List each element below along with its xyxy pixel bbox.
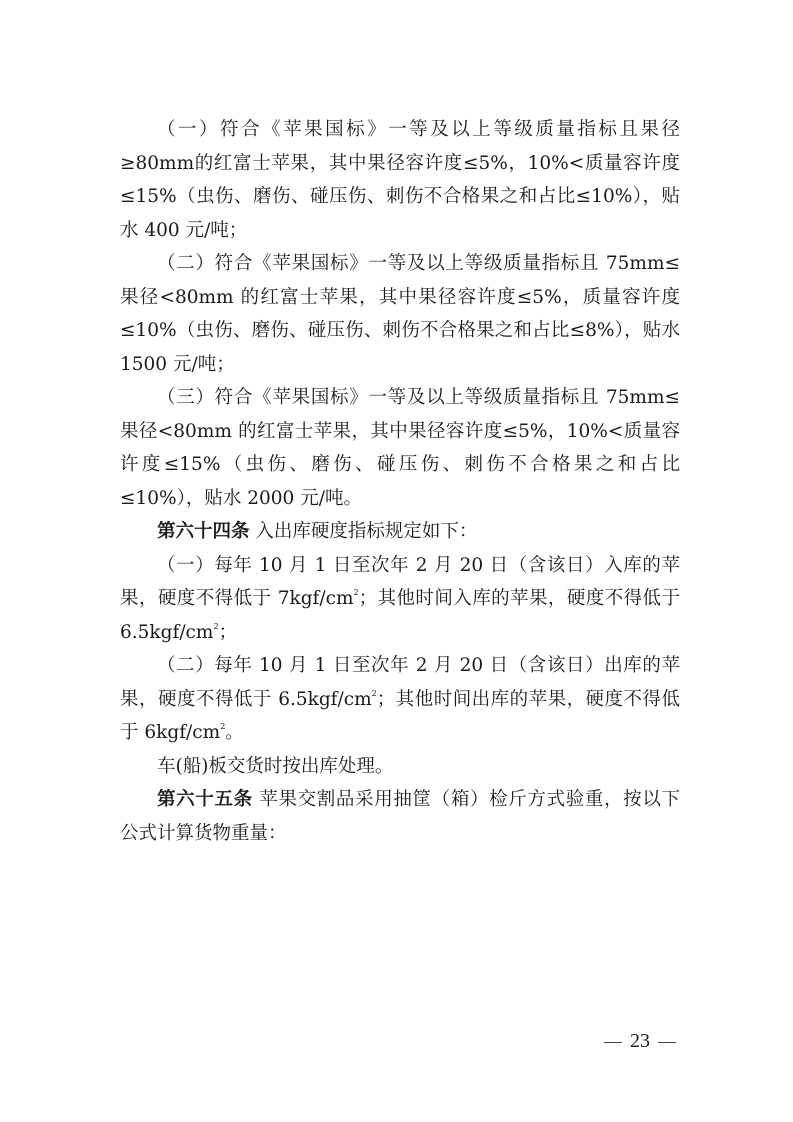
dash-decoration (604, 1042, 622, 1043)
paragraph-item-2: （二）符合《苹果国标》一等及以上等级质量指标且 75mm≤果径<80mm 的红富… (120, 247, 680, 381)
paragraph-text: （一）符合《苹果国标》一等及以上等级质量指标且果径≥80mm的红富士苹果，其中果… (120, 119, 680, 241)
paragraph-item-3: （三）符合《苹果国标》一等及以上等级质量指标且 75mm≤果径<80mm 的红富… (120, 381, 680, 515)
superscript: 2 (372, 689, 377, 698)
page-number: 23 (590, 1030, 690, 1053)
document-body: （一）符合《苹果国标》一等及以上等级质量指标且果径≥80mm的红富士苹果，其中果… (120, 113, 680, 850)
paragraph-item-outbound-hardness: （二）每年 10 月 1 日至次年 2 月 20 日（含该日）出库的苹果，硬度不… (120, 649, 680, 750)
paragraph-item-inbound-hardness: （一）每年 10 月 1 日至次年 2 月 20 日（含该日）入库的苹果，硬度不… (120, 549, 680, 650)
article-heading: 第六十五条 (157, 789, 253, 810)
document-page: （一）符合《苹果国标》一等及以上等级质量指标且果径≥80mm的红富士苹果，其中果… (0, 0, 793, 1122)
paragraph-text: 车(船)板交货时按出库处理。 (157, 756, 393, 777)
superscript: 2 (220, 722, 225, 731)
paragraph-text: （二）符合《苹果国标》一等及以上等级质量指标且 75mm≤果径<80mm 的红富… (120, 253, 680, 375)
paragraph-vehicle-delivery: 车(船)板交货时按出库处理。 (120, 750, 680, 784)
paragraph-text: （三）符合《苹果国标》一等及以上等级质量指标且 75mm≤果径<80mm 的红富… (120, 387, 680, 509)
article-64: 第六十四条 入出库硬度指标规定如下： (120, 515, 680, 549)
article-65: 第六十五条 苹果交割品采用抽筐（箱）检斤方式验重，按以下公式计算货物重量： (120, 783, 680, 850)
paragraph-text: ； (219, 622, 238, 643)
dash-decoration (658, 1042, 676, 1043)
superscript: 2 (213, 622, 218, 631)
paragraph-text: 。 (225, 722, 244, 743)
paragraph-item-1: （一）符合《苹果国标》一等及以上等级质量指标且果径≥80mm的红富士苹果，其中果… (120, 113, 680, 247)
superscript: 2 (354, 588, 359, 597)
paragraph-text: 入出库硬度指标规定如下： (250, 521, 478, 542)
article-heading: 第六十四条 (157, 521, 250, 542)
page-number-value: 23 (630, 1030, 650, 1052)
